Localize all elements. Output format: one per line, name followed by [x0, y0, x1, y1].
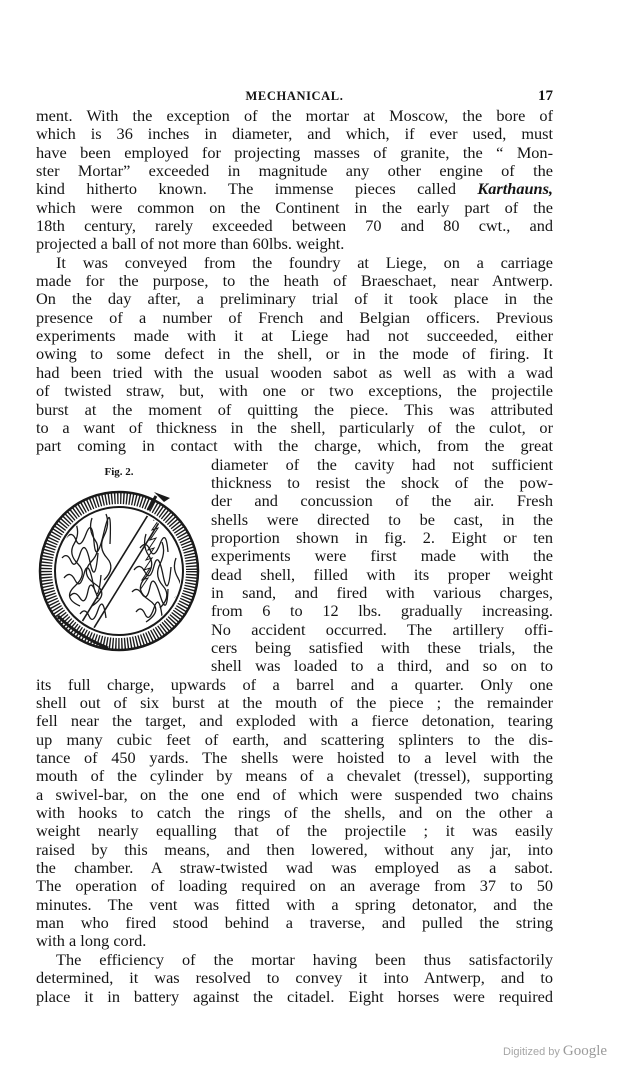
page-number: 17	[538, 88, 553, 105]
text-line: experiments made with it at Liege had no…	[36, 327, 553, 345]
text-line: The operation of loading required on an …	[36, 877, 553, 895]
book-page: MECHANICAL. 17 ment. With the exception …	[0, 0, 624, 1080]
text-line: which were common on the Continent in th…	[36, 199, 553, 217]
text-line: its full charge, upwards of a barrel and…	[36, 676, 553, 694]
text-line: man who fired stood behind a traverse, a…	[36, 914, 553, 932]
text-line-beside-figure: shells were directed to be cast, in the	[211, 511, 553, 529]
digitized-by-google-watermark: Digitized by Google	[503, 1043, 607, 1060]
text-line: place it in battery against the citadel.…	[36, 988, 553, 1006]
text-line-beside-figure: dead shell, filled with its proper weigh…	[211, 566, 553, 584]
text-line: ment. With the exception of the mortar a…	[36, 107, 553, 125]
text-line-beside-figure: thickness to resist the shock of the pow…	[211, 474, 553, 492]
text-line: have been employed for projecting masses…	[36, 144, 553, 162]
google-logo-text: Google	[563, 1043, 607, 1059]
text-line-beside-figure: proportion shown in fig. 2. Eight or ten	[211, 529, 553, 547]
running-title: MECHANICAL.	[36, 89, 553, 104]
text-line: projected a ball of not more than 60lbs.…	[36, 235, 553, 253]
text-line-beside-figure: in sand, and fired with various charges,	[211, 584, 553, 602]
text-segment: kind hitherto known. The immense pieces …	[36, 179, 477, 198]
mortar-shell-cross-section-icon	[36, 488, 202, 654]
text-line: weight nearly equalling that of the proj…	[36, 822, 553, 840]
watermark-prefix: Digitized by	[503, 1046, 560, 1058]
italic-term: Karthauns,	[477, 179, 553, 198]
running-head: MECHANICAL. 17	[36, 89, 553, 107]
figure-caption: Fig. 2.	[30, 466, 208, 478]
text-line: burst at the moment of quitting the piec…	[36, 401, 553, 419]
text-line: to a want of thickness in the shell, par…	[36, 419, 553, 437]
text-line: On the day after, a preliminary trial of…	[36, 290, 553, 308]
text-line: ster Mortar” exceeded in magnitude any o…	[36, 162, 553, 180]
text-line-beside-figure: No accident occurred. The artillery offi…	[211, 621, 553, 639]
text-line: with hooks to catch the rings of the she…	[36, 804, 553, 822]
text-line-beside-figure: from 6 to 12 lbs. gradually increasing.	[211, 602, 553, 620]
text-line-beside-figure: shell was loaded to a third, and so on t…	[211, 657, 553, 675]
text-line: minutes. The vent was fitted with a spri…	[36, 896, 553, 914]
text-line-beside-figure: diameter of the cavity had not sufficien…	[211, 456, 553, 474]
text-line: of twisted straw, but, with one or two e…	[36, 382, 553, 400]
paragraph-start-line: The efficiency of the mortar having been…	[36, 951, 553, 969]
text-line-beside-figure: der and concussion of the air. Fresh	[211, 492, 553, 510]
text-line: with a long cord.	[36, 932, 553, 950]
text-line: kind hitherto known. The immense pieces …	[36, 180, 553, 198]
text-line: fell near the target, and exploded with …	[36, 712, 553, 730]
text-line: up many cubic feet of earth, and scatter…	[36, 731, 553, 749]
text-line: mouth of the cylinder by means of a chev…	[36, 767, 553, 785]
text-line: made for the purpose, to the heath of Br…	[36, 272, 553, 290]
text-line: presence of a number of French and Belgi…	[36, 309, 553, 327]
text-line: 18th century, rarely exceeded between 70…	[36, 217, 553, 235]
paragraph-start-line: It was conveyed from the foundry at Lieg…	[36, 254, 553, 272]
text-line: shell out of six burst at the mouth of t…	[36, 694, 553, 712]
text-line: had been tried with the usual wooden sab…	[36, 364, 553, 382]
figure-2: Fig. 2.	[30, 466, 208, 676]
text-line-beside-figure: cers being satisfied with these trials, …	[211, 639, 553, 657]
text-line: the chamber. A straw-twisted wad was emp…	[36, 859, 553, 877]
text-line-beside-figure: experiments were first made with the	[211, 547, 553, 565]
text-line: raised by this means, and then lowered, …	[36, 841, 553, 859]
text-line: which is 36 inches in diameter, and whic…	[36, 125, 553, 143]
text-line: tance of 450 yards. The shells were hois…	[36, 749, 553, 767]
text-line: a swivel-bar, on the one end of which we…	[36, 786, 553, 804]
text-line: determined, it was resolved to convey it…	[36, 969, 553, 987]
text-line: owing to some defect in the shell, or in…	[36, 345, 553, 363]
text-line: part coming in contact with the charge, …	[36, 437, 553, 455]
